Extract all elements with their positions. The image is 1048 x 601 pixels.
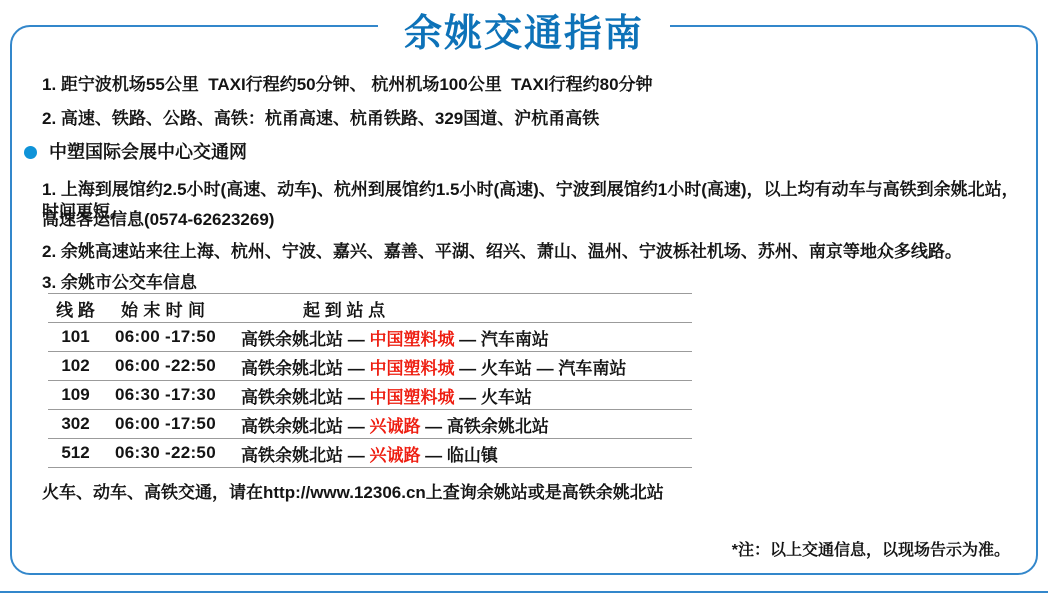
service-hours: 06:00 -17:50 [103,327,233,347]
section-heading: 中塑国际会展中心交通网 [24,141,247,163]
route-number: 109 [48,385,103,405]
stop-name: 高铁余姚北站 [241,388,343,407]
stop-name: 兴诚路 [369,417,420,436]
route-stops: 高铁余姚北站 — 兴诚路 — 临山镇 [233,441,692,466]
stop-name: 中国塑料城 [369,359,454,378]
bus-schedule-table: 线 路始 末 时 间起 到 站 点10106:00 -17:50高铁余姚北站 —… [48,293,692,468]
stop-name: 火车站 [481,388,532,407]
transport-guide-page: 余姚交通指南 1. 距宁波机场55公里 TAXI行程约50分钟、 杭州机场100… [0,0,1048,601]
page-title: 余姚交通指南 [378,2,670,57]
route-stops: 高铁余姚北站 — 中国塑料城 — 火车站 — 汽车南站 [233,354,692,379]
table-header-row: 线 路始 末 时 间起 到 站 点 [48,294,692,323]
route-stops: 高铁余姚北站 — 中国塑料城 — 汽车南站 [233,325,692,350]
stop-name: 火车站 [481,359,532,378]
route-number: 102 [48,356,103,376]
bottom-divider-line [0,591,1048,593]
service-hours: 06:00 -22:50 [103,356,233,376]
table-row: 51206:30 -22:50高铁余姚北站 — 兴诚路 — 临山镇 [48,439,692,468]
stop-name: 高铁余姚北站 [241,446,343,465]
route-number: 302 [48,414,103,434]
section-heading-label: 中塑国际会展中心交通网 [49,141,247,163]
stop-name: 高铁余姚北站 [447,417,549,436]
route-number: 512 [48,443,103,463]
table-row: 10206:00 -22:50高铁余姚北站 — 中国塑料城 — 火车站 — 汽车… [48,352,692,381]
table-row: 10906:30 -17:30高铁余姚北站 — 中国塑料城 — 火车站 [48,381,692,410]
stop-name: 中国塑料城 [369,388,454,407]
stop-name: 兴诚路 [369,446,420,465]
table-header-cell: 始 末 时 间 [103,296,233,321]
stop-name: 高铁余姚北站 [241,359,343,378]
section-item-2: 高速客运信息(0574-62623269) [42,209,274,231]
section-item-3: 2. 余姚高速站来往上海、杭州、宁波、嘉兴、嘉善、平湖、绍兴、萧山、温州、宁波栎… [42,241,962,263]
bullet-icon [24,146,37,159]
route-number: 101 [48,327,103,347]
stop-name: 临山镇 [447,446,498,465]
service-hours: 06:30 -22:50 [103,443,233,463]
intro-item-1: 1. 距宁波机场55公里 TAXI行程约50分钟、 杭州机场100公里 TAXI… [42,74,653,96]
table-row: 30206:00 -17:50高铁余姚北站 — 兴诚路 — 高铁余姚北站 [48,410,692,439]
route-stops: 高铁余姚北站 — 中国塑料城 — 火车站 [233,383,692,408]
stop-name: 高铁余姚北站 [241,330,343,349]
footer-train-info: 火车、动车、高铁交通，请在http://www.12306.cn上查询余姚站或是… [42,482,664,504]
table-header-cell: 起 到 站 点 [233,296,692,321]
footnote: *注：以上交通信息，以现场告示为准。 [732,537,1010,560]
stop-name: 高铁余姚北站 [241,417,343,436]
table-row: 10106:00 -17:50高铁余姚北站 — 中国塑料城 — 汽车南站 [48,323,692,352]
route-stops: 高铁余姚北站 — 兴诚路 — 高铁余姚北站 [233,412,692,437]
section-item-4: 3. 余姚市公交车信息 [42,272,197,294]
stop-name: 汽车南站 [558,359,626,378]
service-hours: 06:00 -17:50 [103,414,233,434]
stop-name: 汽车南站 [481,330,549,349]
table-header-cell: 线 路 [48,296,103,321]
intro-item-2: 2. 高速、铁路、公路、高铁：杭甬高速、杭甬铁路、329国道、沪杭甬高铁 [42,108,599,130]
service-hours: 06:30 -17:30 [103,385,233,405]
stop-name: 中国塑料城 [369,330,454,349]
